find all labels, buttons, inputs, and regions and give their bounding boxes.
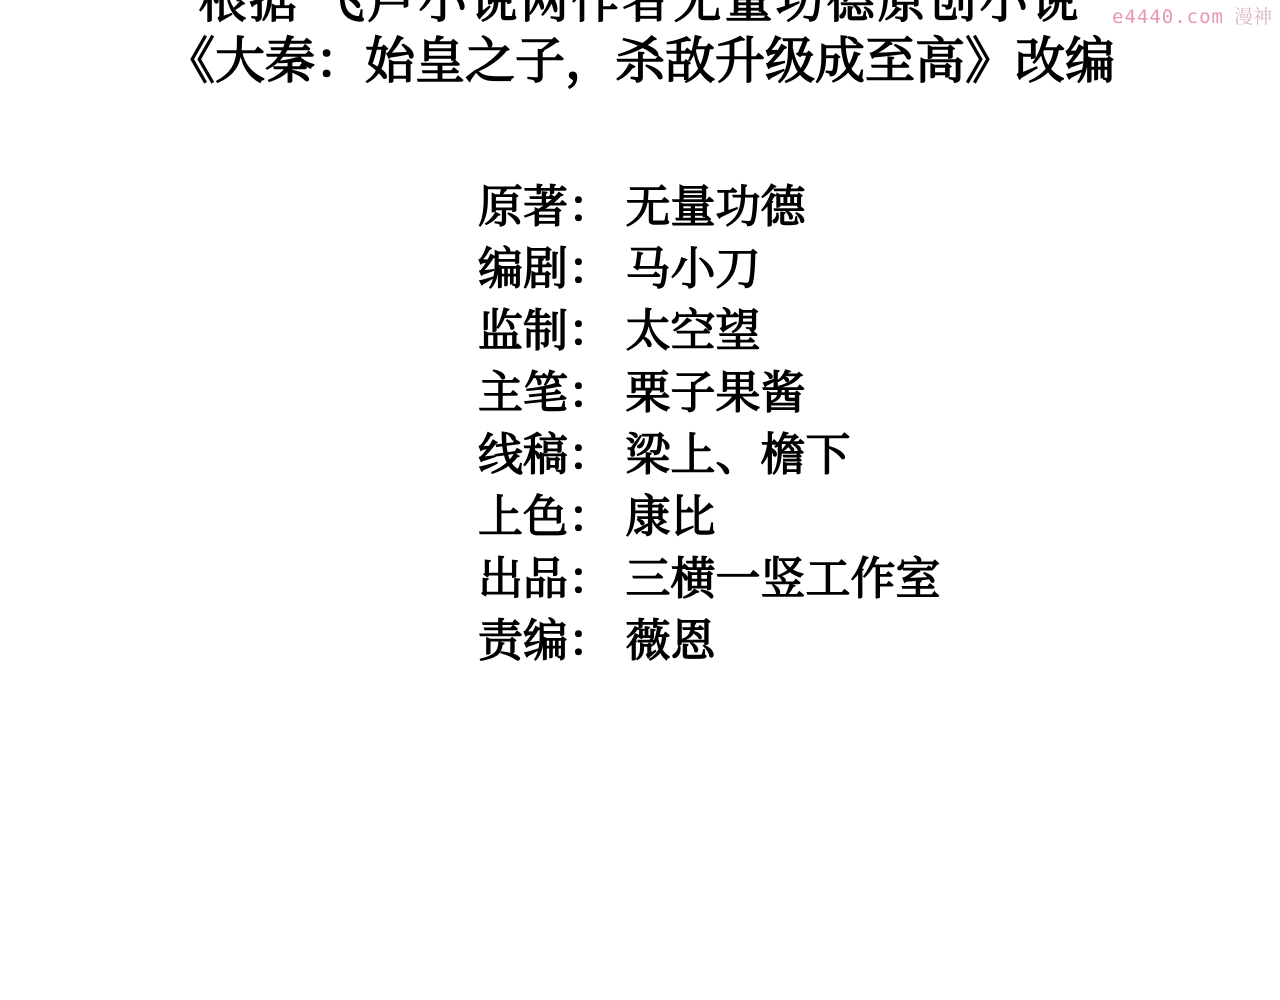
credit-value: 无量功德 xyxy=(626,181,806,232)
credit-row-editor: 责编： 薇恩 xyxy=(478,610,941,672)
credit-value: 康比 xyxy=(626,491,716,542)
credit-value: 栗子果酱 xyxy=(626,367,806,418)
credit-label: 原著 xyxy=(478,181,568,232)
credit-value: 马小刀 xyxy=(626,243,761,294)
credit-label: 责编 xyxy=(478,615,568,666)
credit-row-lead-artist: 主笔： 栗子果酱 xyxy=(478,362,941,424)
credit-row-original-author: 原著： 无量功德 xyxy=(478,176,941,238)
credits-list: 原著： 无量功德 编剧： 马小刀 监制： 太空望 主笔： 栗子果酱 线稿： 梁上… xyxy=(478,176,941,672)
credit-value: 薇恩 xyxy=(626,615,716,666)
credit-row-coloring: 上色： 康比 xyxy=(478,486,941,548)
credit-colon: ： xyxy=(568,305,626,356)
credit-colon: ： xyxy=(568,181,626,232)
credit-value: 梁上、檐下 xyxy=(626,429,851,480)
credit-value: 太空望 xyxy=(626,305,761,356)
credit-colon: ： xyxy=(568,429,626,480)
site-watermark: e4440.com漫神 xyxy=(1112,2,1272,29)
source-attribution-line: 根据 飞卢小说网作者无量功德原创小说 xyxy=(0,0,1280,26)
credit-colon: ： xyxy=(568,553,626,604)
comic-credits-page: e4440.com漫神 根据 飞卢小说网作者无量功德原创小说 《大秦：始皇之子，… xyxy=(0,0,1280,1000)
credit-colon: ： xyxy=(568,367,626,418)
credit-label: 主笔 xyxy=(478,367,568,418)
credit-row-screenwriter: 编剧： 马小刀 xyxy=(478,238,941,300)
credit-row-production: 出品： 三横一竖工作室 xyxy=(478,548,941,610)
credit-row-supervisor: 监制： 太空望 xyxy=(478,300,941,362)
credit-label: 监制 xyxy=(478,305,568,356)
credit-label: 线稿 xyxy=(478,429,568,480)
credit-label: 上色 xyxy=(478,491,568,542)
credit-value: 三横一竖工作室 xyxy=(626,553,941,604)
title-block: 根据 飞卢小说网作者无量功德原创小说 《大秦：始皇之子，杀敌升级成至高》改编 xyxy=(0,0,1280,86)
credit-colon: ： xyxy=(568,615,626,666)
credit-row-line-art: 线稿： 梁上、檐下 xyxy=(478,424,941,486)
novel-title-line: 《大秦：始皇之子，杀敌升级成至高》改编 xyxy=(0,36,1280,86)
credit-colon: ： xyxy=(568,243,626,294)
credit-colon: ： xyxy=(568,491,626,542)
credit-label: 出品 xyxy=(478,553,568,604)
watermark-site-name: 漫神 xyxy=(1234,7,1272,28)
watermark-domain: e4440.com xyxy=(1112,6,1224,28)
credit-label: 编剧 xyxy=(478,243,568,294)
